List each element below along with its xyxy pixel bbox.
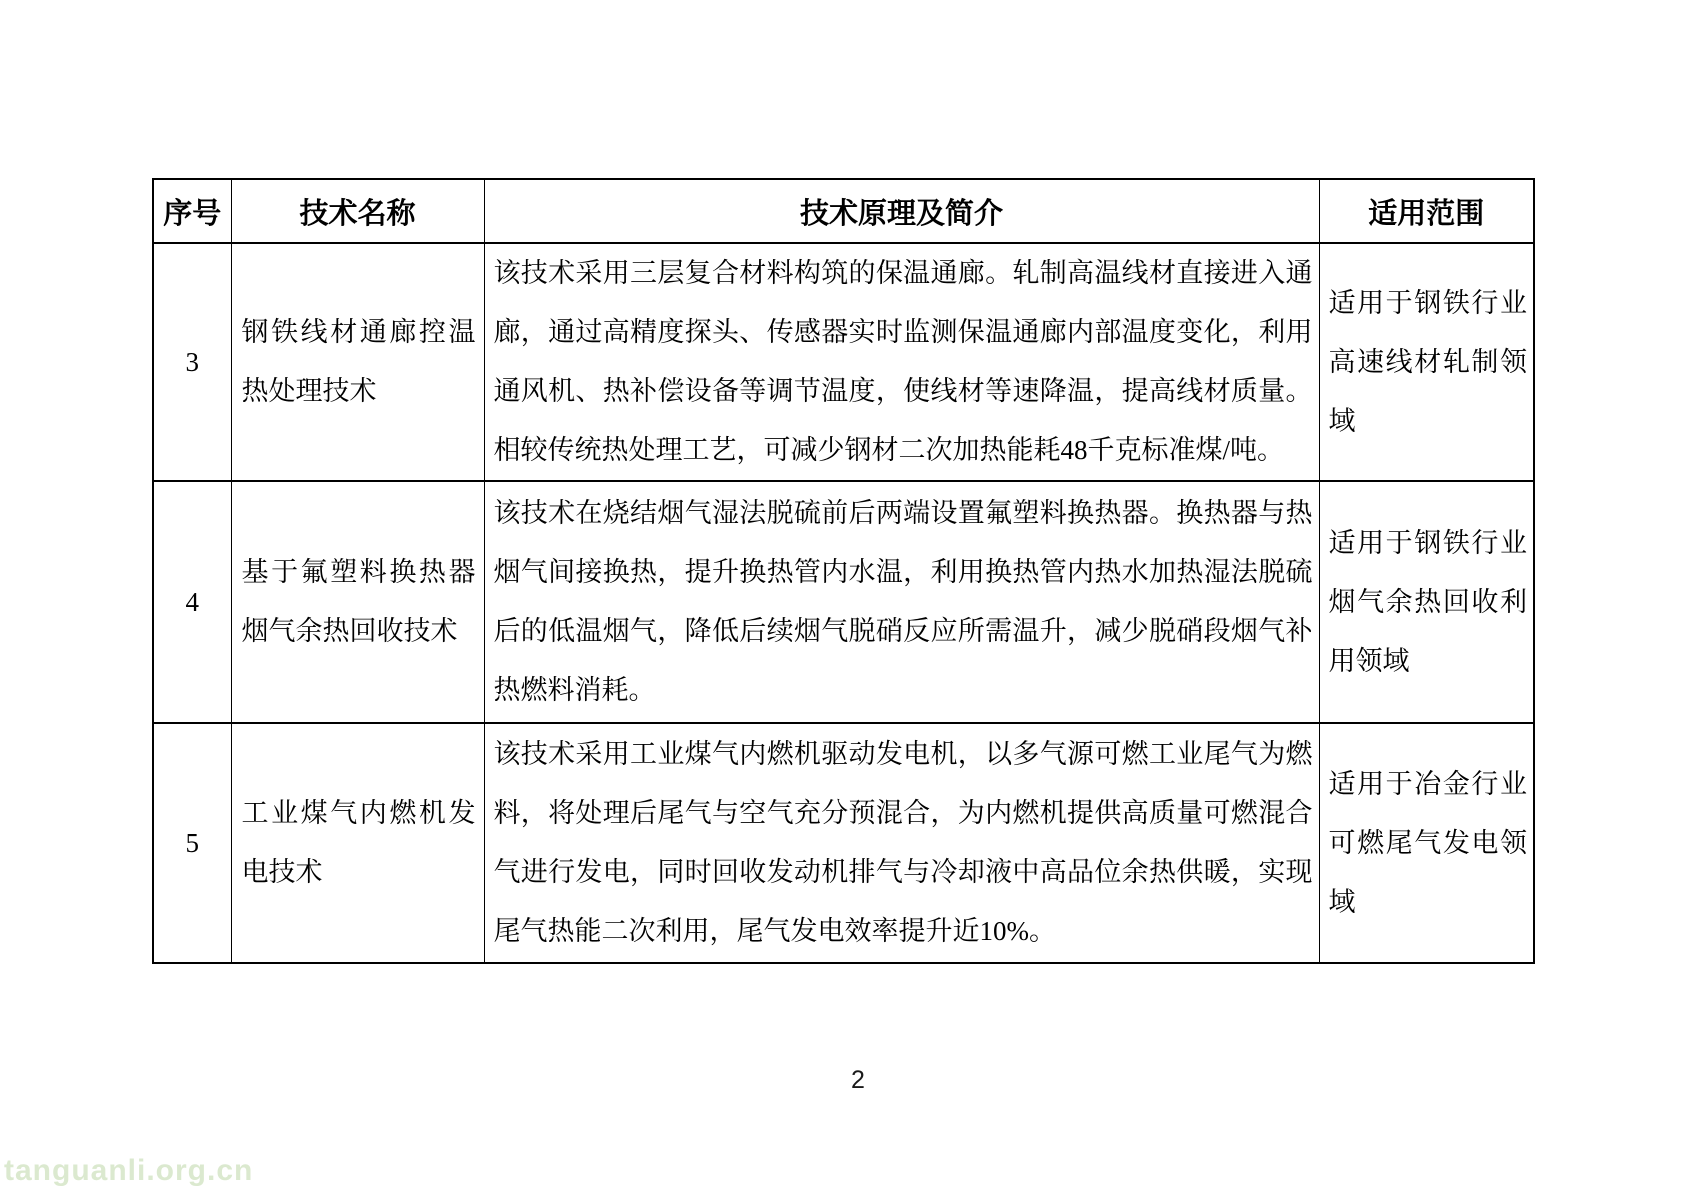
- cell-technology-name: 钢铁线材通廊控温热处理技术: [231, 243, 484, 481]
- table-header-row: 序号 技术名称 技术原理及简介 适用范围: [153, 179, 1534, 243]
- document-page: 序号 技术名称 技术原理及简介 适用范围 3 钢铁线材通廊控温热处理技术 该技术…: [0, 0, 1683, 1190]
- cell-description: 该技术在烧结烟气湿法脱硫前后两端设置氟塑料换热器。换热器与热烟气间接换热，提升换…: [484, 481, 1319, 723]
- header-technology-name: 技术名称: [231, 179, 484, 243]
- cell-description: 该技术采用工业煤气内燃机驱动发电机，以多气源可燃工业尾气为燃料，将处理后尾气与空…: [484, 723, 1319, 963]
- page-number: 2: [851, 1066, 865, 1095]
- cell-serial-number: 5: [153, 723, 231, 963]
- header-serial-number: 序号: [153, 179, 231, 243]
- cell-serial-number: 3: [153, 243, 231, 481]
- table-row: 4 基于氟塑料换热器烟气余热回收技术 该技术在烧结烟气湿法脱硫前后两端设置氟塑料…: [153, 481, 1534, 723]
- table-row: 3 钢铁线材通廊控温热处理技术 该技术采用三层复合材料构筑的保温通廊。轧制高温线…: [153, 243, 1534, 481]
- technology-table: 序号 技术名称 技术原理及简介 适用范围 3 钢铁线材通廊控温热处理技术 该技术…: [152, 178, 1535, 964]
- watermark-text: tanguanli.org.cn: [4, 1154, 253, 1188]
- cell-technology-name: 基于氟塑料换热器烟气余热回收技术: [231, 481, 484, 723]
- header-principle-introduction: 技术原理及简介: [484, 179, 1319, 243]
- cell-applicable-scope: 适用于钢铁行业高速线材轧制领域: [1319, 243, 1534, 481]
- cell-description: 该技术采用三层复合材料构筑的保温通廊。轧制高温线材直接进入通廊，通过高精度探头、…: [484, 243, 1319, 481]
- table-row: 5 工业煤气内燃机发电技术 该技术采用工业煤气内燃机驱动发电机，以多气源可燃工业…: [153, 723, 1534, 963]
- cell-serial-number: 4: [153, 481, 231, 723]
- cell-applicable-scope: 适用于钢铁行业烟气余热回收利用领域: [1319, 481, 1534, 723]
- header-applicable-scope: 适用范围: [1319, 179, 1534, 243]
- cell-technology-name: 工业煤气内燃机发电技术: [231, 723, 484, 963]
- cell-applicable-scope: 适用于冶金行业可燃尾气发电领域: [1319, 723, 1534, 963]
